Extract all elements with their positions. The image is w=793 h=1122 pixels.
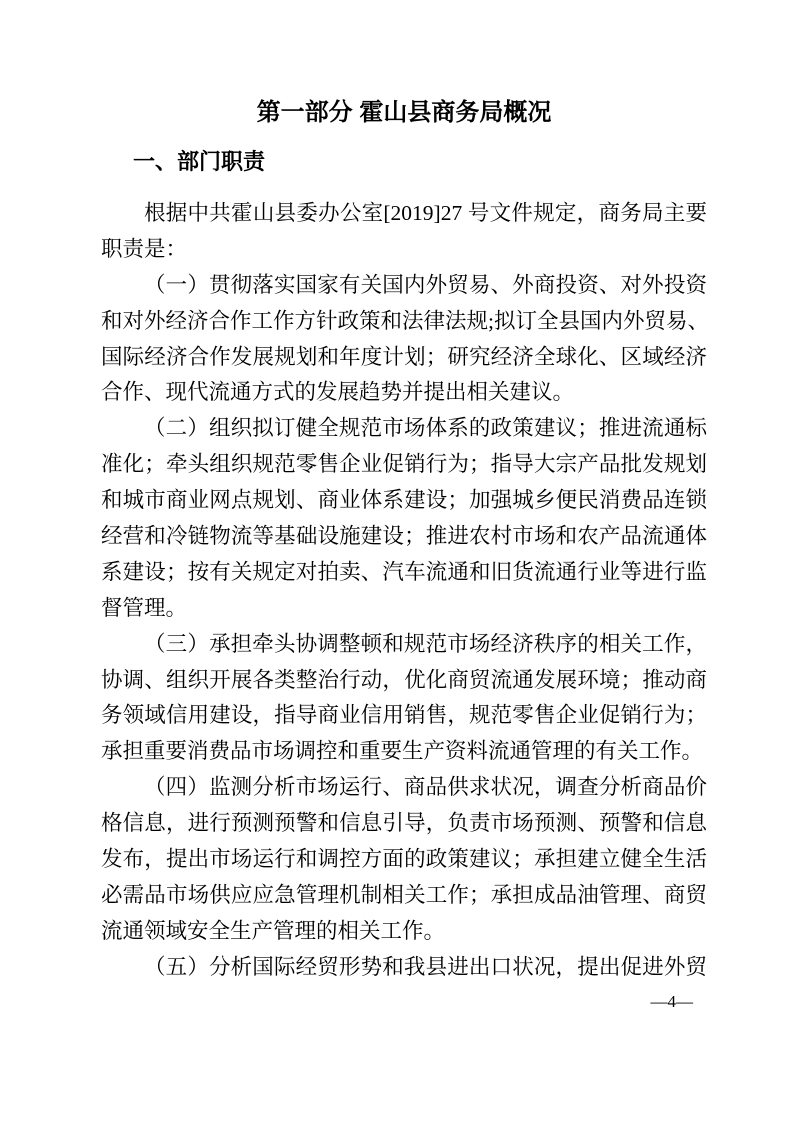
paragraph-line: 职责是：	[101, 232, 707, 268]
paragraph-line: 协调、组织开展各类整治行动，优化商贸流通发展环境；推动商	[101, 663, 707, 699]
paragraph-line: 督管理。	[101, 591, 707, 627]
paragraph-line: （一）贯彻落实国家有关国内外贸易、外商投资、对外投资	[101, 268, 707, 304]
paragraph-line: 系建设；按有关规定对拍卖、汽车流通和旧货流通行业等进行监	[101, 555, 707, 591]
document-body: 根据中共霍山县委办公室[2019]27 号文件规定，商务局主要职责是：（一）贯彻…	[101, 196, 707, 986]
paragraph-line: 和对外经济合作工作方针政策和法律法规;拟订全县国内外贸易、	[101, 304, 707, 340]
paragraph-line: 承担重要消费品市场调控和重要生产资料流通管理的有关工作。	[101, 734, 707, 770]
paragraph-line: 发布，提出市场运行和调控方面的政策建议；承担建立健全生活	[101, 842, 707, 878]
paragraph-line: 国际经济合作发展规划和年度计划；研究经济全球化、区域经济	[101, 340, 707, 376]
paragraph-line: 根据中共霍山县委办公室[2019]27 号文件规定，商务局主要	[101, 196, 707, 232]
paragraph-line: 务领域信用建设，指导商业信用销售，规范零售企业促销行为；	[101, 698, 707, 734]
paragraph-line: （二）组织拟订健全规范市场体系的政策建议；推进流通标	[101, 411, 707, 447]
page-title: 第一部分 霍山县商务局概况	[101, 98, 707, 128]
paragraph-line: （三）承担牵头协调整顿和规范市场经济秩序的相关工作，	[101, 627, 707, 663]
section-heading: 一、部门职责	[133, 148, 265, 176]
paragraph-line: 格信息，进行预测预警和信息引导，负责市场预测、预警和信息	[101, 806, 707, 842]
document-page: 第一部分 霍山县商务局概况 一、部门职责 根据中共霍山县委办公室[2019]27…	[0, 0, 793, 1122]
paragraph-line: 经营和冷链物流等基础设施建设；推进农村市场和农产品流通体	[101, 519, 707, 555]
paragraph-line: （五）分析国际经贸形势和我县进出口状况，提出促进外贸	[101, 950, 707, 986]
paragraph-line: 合作、现代流通方式的发展趋势并提出相关建议。	[101, 375, 707, 411]
paragraph-line: （四）监测分析市场运行、商品供求状况，调查分析商品价	[101, 770, 707, 806]
paragraph-line: 必需品市场供应应急管理机制相关工作；承担成品油管理、商贸	[101, 878, 707, 914]
page-number: —4—	[651, 993, 694, 1010]
paragraph-line: 准化；牵头组织规范零售企业促销行为；指导大宗产品批发规划	[101, 447, 707, 483]
paragraph-line: 和城市商业网点规划、商业体系建设；加强城乡便民消费品连锁	[101, 483, 707, 519]
paragraph-line: 流通领域安全生产管理的相关工作。	[101, 914, 707, 950]
